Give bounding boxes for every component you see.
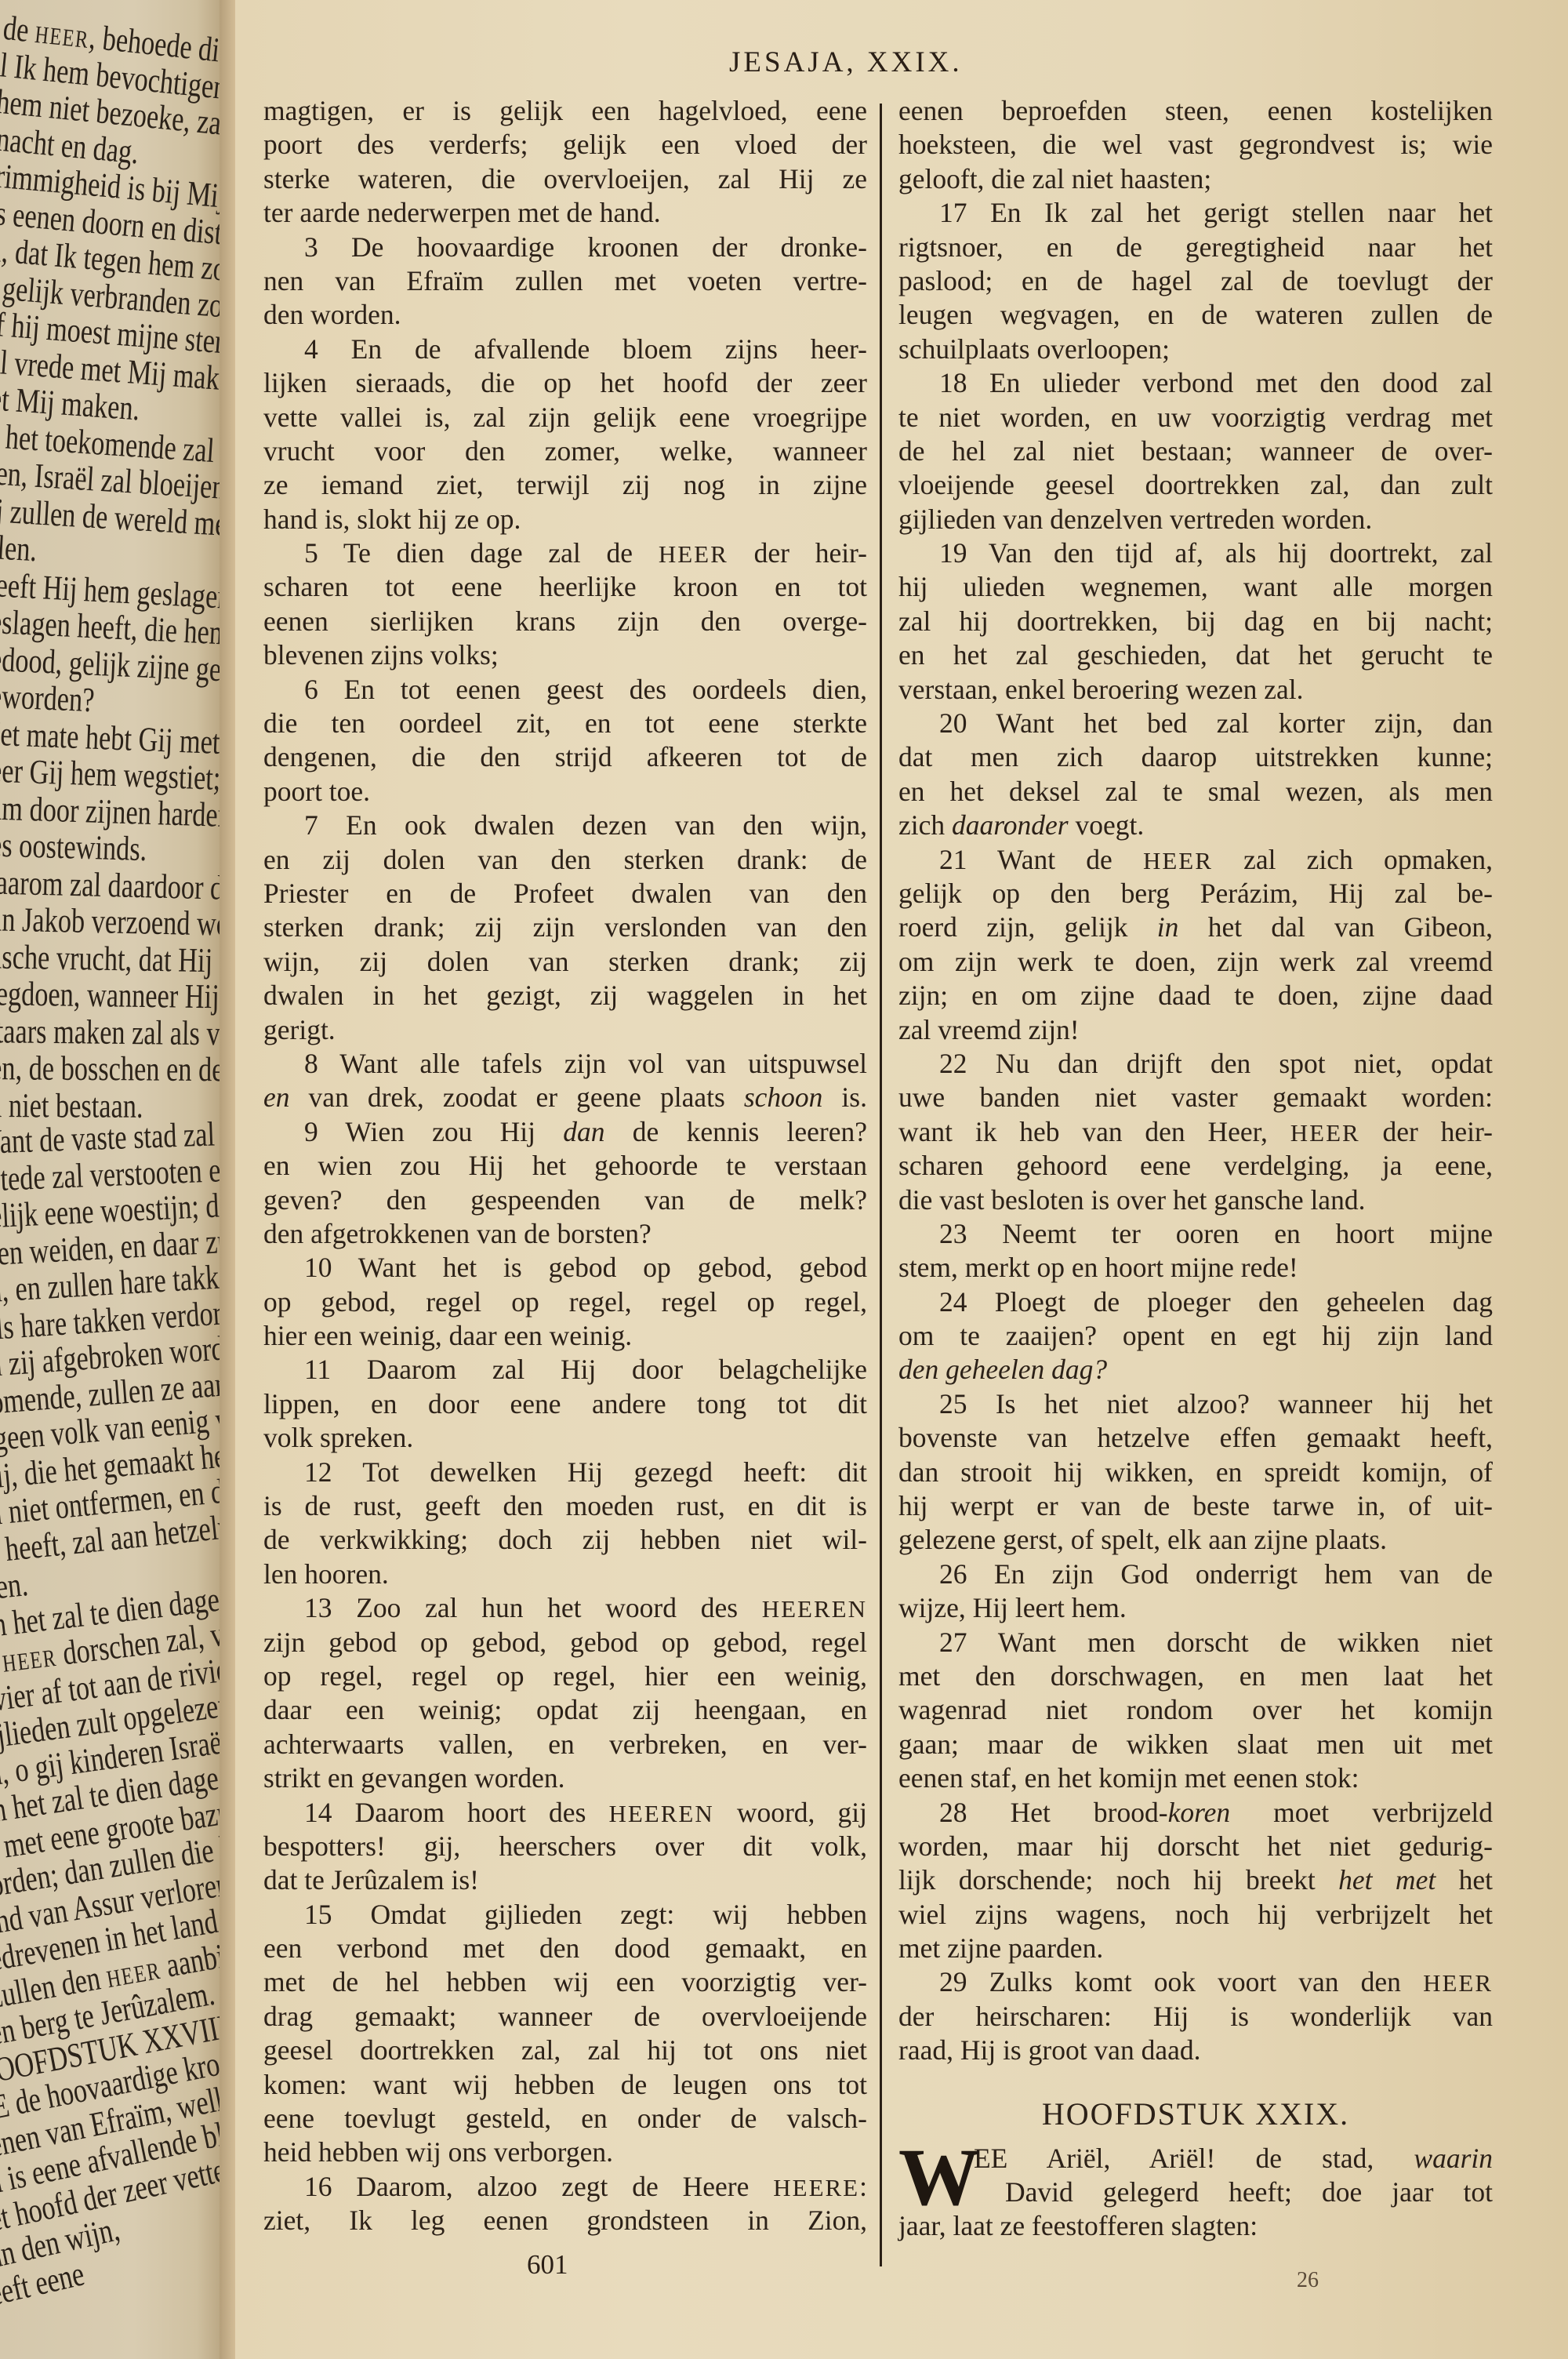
previous-page-line: Daarom zal daardoor de [0,865,223,906]
text-line: met de hel hebben wij een voorzigtig ver… [263,1965,867,1999]
text-line: die vast besloten is over het gansche la… [898,1183,1493,1217]
printer-signature-mark: 26 [1297,2268,1319,2293]
text-line: raad, Hij is groot van daad. [898,2034,1493,2067]
text-line: zich daaronder voegt. [898,809,1493,842]
italic-supplied-word: dan [563,1116,604,1147]
verse-start-line: 25 Is het niet alzoo? wanneer hij het [898,1387,1493,1421]
chapter-opening: W EE Ariël, Ariël! de stad, waarin David… [898,2142,1493,2244]
text-line: ze iemand ziet, terwijl zij nog in zijne [263,468,867,502]
text-line: ziet, Ik leg eenen grondsteen in Zion, [263,2204,867,2237]
text-line: dwalen in het gezigt, zij waggelen in he… [263,979,867,1012]
text-line: den worden. [263,298,867,332]
text-line: dat men zich daarop uitstrekken kunne; [898,740,1493,774]
text-line: om te zaaijen? opent en egt hij zijn lan… [898,1319,1493,1353]
text-line: worden, maar hij dorscht het niet geduri… [898,1830,1493,1863]
text-line: gelezene gerst, of spelt, elk aan zijne … [898,1523,1493,1557]
verse-start-line: 19 Van den tijd af, als hij doortrekt, z… [898,536,1493,570]
text-line: scharen tot eene heerlijke kroon en tot [263,570,867,604]
previous-page-line: ullen. [0,529,38,567]
text-line: hij werpt er van de beste tarwe in, of u… [898,1489,1493,1523]
verse-start-line: 24 Ploegt de ploeger den geheelen dag [898,1285,1493,1319]
text-line: gelooft, die zal niet haasten; [898,162,1493,196]
text-line: zijn gebod op gebod, gebod op gebod, reg… [263,1626,867,1659]
text-line: dat te Jerûzalem is! [263,1863,867,1897]
divine-name-smallcaps: HEERE [773,2174,859,2201]
column-divider-rule [880,104,882,2266]
text-line: gerigt. [263,1013,867,1047]
text-line: heid hebben wij ons verborgen. [263,2135,867,2169]
verse-start-line: 21 Want de HEER zal zich opmaken, [898,843,1493,877]
verse-start-line: 3 De hoovaardige kroonen der dronke- [263,231,867,264]
text-line: de hel zal niet bestaan; wanneer de over… [898,434,1493,468]
verse-start-line: 17 En Ik zal het gerigt stellen naar het [898,196,1493,230]
text-line: vette vallei is, zal zijn gelijk eene vr… [263,401,867,434]
previous-page-line: des oostewinds. [0,827,147,867]
text-line: lijken sieraads, die op het hoofd der ze… [263,366,867,400]
text-line: op regel, regel op regel, hier een weini… [263,1659,867,1693]
text-line: magtigen, er is gelijk een hagelvloed, e… [263,94,867,128]
previous-page-line: van Jakob verzoend worden [0,902,223,943]
text-line: te niet worden, en uw voorzigtig verdrag… [898,401,1493,434]
previous-page-line: ansche vrucht, dat Hij dezen [0,940,223,980]
previous-page-line: nen, de bosschen en de zon [0,1051,223,1088]
text-line: poort toe. [263,775,867,809]
text-line: sterke wateren, die overvloeijen, zal Hi… [263,162,867,196]
italic-supplied-word: schoon [744,1081,823,1113]
opening-line-2: David gelegerd heeft; doe jaar tot [898,2175,1493,2209]
page-number: 601 [527,2249,568,2281]
text-line: een verbond met den dood gemaakt, en [263,1932,867,1965]
text-line: hier een weinig, daar een weinig. [263,1319,867,1353]
divine-name-smallcaps: HEEREN [762,1595,867,1623]
text-line: en het zal geschieden, dat het gerucht t… [898,638,1493,672]
text-line: met den dorschwagen, en men laat het [898,1659,1493,1693]
italic-supplied-word: het met [1338,1864,1436,1896]
text-line: len hooren. [263,1558,867,1591]
text-line: eenen staf, en het komijn met eenen stok… [898,1761,1493,1795]
text-line: wiel zijns wagens, noch hij verbrijzelt … [898,1898,1493,1932]
verse-start-line: 4 En de afvallende bloem zijns heer- [263,333,867,366]
divine-name-smallcaps: HEER [1423,1969,1493,1997]
text-line: eenen beproefden steen, eenen kostelijke… [898,94,1493,128]
text-line: der heirscharen: Hij is wonderlijk van [898,2000,1493,2034]
verse-start-line: 18 En ulieder verbond met den dood zal [898,366,1493,400]
previous-page-line: altaars maken zal als verstrooide [0,1014,223,1052]
text-line: sterken drank; zij zijn verslonden van d… [263,911,867,944]
text-line: geven? den gespeenden van de melk? [263,1183,867,1217]
text-line: en zij dolen van den sterken drank: de [263,843,867,877]
text-line: is de rust, geeft den moeden rust, en di… [263,1489,867,1523]
italic-supplied-word: in [1157,911,1179,943]
text-line: hand is, slokt hij ze op. [263,503,867,536]
text-line: de verkwikking; doch zij hebben niet wil… [263,1523,867,1557]
right-column-verses: eenen beproefden steen, eenen kostelijke… [898,94,1493,2068]
verse-start-line: 20 Want het bed zal korter zijn, dan [898,707,1493,740]
text-line: en van drek, zoodat er geene plaats scho… [263,1081,867,1114]
text-line: eene toevlugt gesteld, en onder de valsc… [263,2102,867,2135]
text-line: ter aarde nederwerpen met de hand. [263,196,867,230]
verse-start-line: 11 Daarom zal Hij door belagchelijke [263,1353,867,1387]
previous-page-edge: k, de HEER, behoede dien,zal Ik hem bevo… [0,0,223,2359]
text-line: gijlieden van denzelven vertreden worden… [898,503,1493,536]
opening-line-1: EE Ariël, Ariël! de stad, waarin [898,2142,1493,2175]
divine-name-smallcaps: HEER [1143,847,1213,874]
verse-start-line: 7 En ook dwalen dezen van den wijn, [263,809,867,842]
italic-supplied-word: daaronder [952,809,1069,841]
text-line: bespotters! gij, heerschers over dit vol… [263,1830,867,1863]
text-line: strikt en gevangen worden. [263,1761,867,1795]
text-line: poort des verderfs; gelijk een vloed der [263,128,867,162]
verse-start-line: 15 Omdat gijlieden zegt: wij hebben [263,1898,867,1932]
text-line: Priester en de Profeet dwalen van den [263,877,867,911]
text-line: roerd zijn, gelijk in het dal van Gibeon… [898,911,1493,944]
text-line: den afgetrokkenen van de borsten? [263,1217,867,1251]
text-line: wijn, zij dolen van sterken drank; zij [263,945,867,979]
text-line: en het deksel zal te smal wezen, als men [898,775,1493,809]
verse-start-line: 14 Daarom hoort des HEEREN woord, gij [263,1796,867,1830]
previous-page-line: jzen. [0,1567,30,1607]
verse-start-line: 22 Nu dan drijft den spot niet, opdat [898,1047,1493,1081]
text-line: geesel doortrekken zal, zal hij tot ons … [263,2034,867,2067]
italic-supplied-word: waarin [1414,2143,1493,2174]
text-line: die ten oordeel zit, en tot eene sterkte [263,707,867,740]
previous-page-line: wegdoen, wanneer Hij al de [0,976,223,1015]
text-line: zal vreemd zijn! [898,1013,1493,1047]
text-line: hij ulieden wegnemen, want alle morgen [898,570,1493,604]
text-line: lijk dorschende; noch hij breekt het met… [898,1863,1493,1897]
text-line: hoeksteen, die wel vast gegrondvest is; … [898,128,1493,162]
verse-start-line: 16 Daarom, alzoo zegt de Heere HEERE: [263,2170,867,2204]
text-line: daar een weinig; opdat zij heengaan, en [263,1693,867,1727]
divine-name-smallcaps: HEEREN [608,1800,713,1827]
divine-name-smallcaps: HEER [659,540,728,568]
text-line: wijze, Hij leert hem. [898,1591,1493,1625]
text-line: op gebod, regel op regel, regel op regel… [263,1285,867,1319]
verse-start-line: 5 Te dien dage zal de HEER der heir- [263,536,867,570]
verse-start-line: 29 Zulks komt ook voort van den HEER [898,1965,1493,1999]
text-line: vrucht voor den zomer, welke, wanneer [263,434,867,468]
text-line: blevenen zijns volks; [263,638,867,672]
text-line: want ik heb van den Heer, HEER der heir- [898,1115,1493,1149]
text-line: dan strooit hij wikken, en spreidt komij… [898,1456,1493,1489]
divine-name-smallcaps: HEER [1290,1119,1360,1147]
text-line: stem, merkt op en hoort mijne rede! [898,1251,1493,1285]
text-line: verstaan, enkel beroering wezen zal. [898,673,1493,707]
drop-cap: W [898,2145,980,2211]
verse-start-line: 26 En zijn God onderrigt hem van de [898,1558,1493,1591]
italic-supplied-word: en [263,1081,290,1113]
text-line: drag gemaakt; wanneer de overvloeijende [263,2000,867,2034]
text-line: leugen wegvagen, en de wateren zullen de [898,298,1493,332]
text-line: gelijk op den berg Perázim, Hij zal be- [898,877,1493,911]
verse-start-line: 23 Neemt ter ooren en hoort mijne [898,1217,1493,1251]
italic-supplied-word: den geheelen dag? [898,1354,1107,1385]
text-line: zijn; en om zijne daad te doen, zijne da… [898,979,1493,1012]
text-column-left: magtigen, er is gelijk een hagelvloed, e… [263,94,867,2238]
text-line: vloeijende geesel doortrekken zal, dan z… [898,468,1493,502]
text-line: met zijne paarden. [898,1932,1493,1965]
text-line: achterwaarts vallen, en verbreken, en ve… [263,1728,867,1761]
verse-start-line: 9 Wien zou Hij dan de kennis leeren? [263,1115,867,1149]
text-line: bovenste van hetzelve effen gemaakt heef… [898,1421,1493,1455]
verse-start-line: 12 Tot dewelken Hij gezegd heeft: dit [263,1456,867,1489]
text-line: zal hij doortrekken, bij dag en bij nach… [898,605,1493,638]
verse-start-line: 27 Want men dorscht de wikken niet [898,1626,1493,1659]
previous-page-line: geworden? [0,678,95,718]
text-line: eenen sierlijken krans zijn den overge- [263,605,867,638]
divine-name-smallcaps: HEER [34,20,91,53]
verse-start-line: 13 Zoo zal hun het woord des HEEREN [263,1591,867,1625]
text-line: schuilplaats overloopen; [898,333,1493,366]
verse-start-line: 10 Want het is gebod op gebod, gebod [263,1251,867,1285]
text-line: paslood; en de hagel zal de toevlugt der [898,264,1493,298]
verse-start-line: 8 Want alle tafels zijn vol van uitspuws… [263,1047,867,1081]
italic-supplied-word: koren [1168,1797,1231,1828]
verse-start-line: 6 En tot eenen geest des oordeels dien, [263,673,867,707]
text-line: dengenen, die den strijd afkeeren tot de [263,740,867,774]
text-line: rigtsnoer, en de geregtigheid naar het [898,231,1493,264]
text-line: lippen, en door eene andere tong tot dit [263,1387,867,1421]
text-line: nen van Efraïm zullen met voeten vertre- [263,264,867,298]
text-line: scharen gehoord eene verdelging, ja eene… [898,1149,1493,1183]
opening-line-3: jaar, laat ze feestofferen slagten: [898,2209,1493,2243]
text-line: gaan; maar de wikken slaat men uit met [898,1728,1493,1761]
text-line: komen: want wij hebben de leugen ons tot [263,2068,867,2102]
text-line: uwe banden niet vaster gemaakt worden: [898,1081,1493,1114]
chapter-heading: HOOFDSTUK XXIX. [898,2095,1493,2134]
text-column-right: eenen beproefden steen, eenen kostelijke… [898,94,1493,2244]
text-line: volk spreken. [263,1421,867,1455]
text-line: den geheelen dag? [898,1353,1493,1387]
text-line: om zijn werk te doen, zijn werk zal vree… [898,945,1493,979]
text-line: wagenrad niet rondom over het komijn [898,1693,1493,1727]
verse-start-line: 28 Het brood-koren moet verbrijzeld [898,1796,1493,1830]
text-line: en wien zou Hij het gehoorde te verstaan [263,1149,867,1183]
running-head: JESAJA, XXIX. [729,45,963,79]
